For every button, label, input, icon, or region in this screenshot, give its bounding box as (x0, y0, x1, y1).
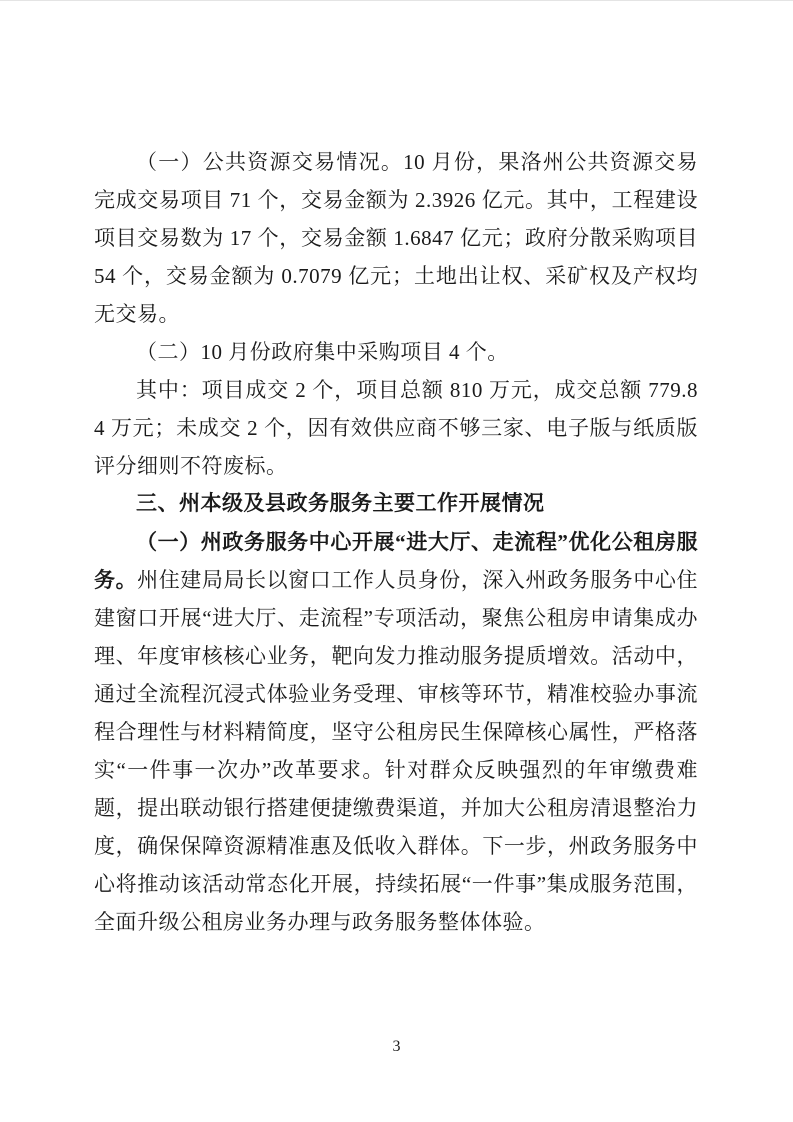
paragraph-service-center: （一）州政务服务中心开展“进大厅、走流程”优化公租房服务。州住建局局长以窗口工作… (94, 523, 698, 941)
paragraph-procurement-detail: 其中：项目成交 2 个，项目总额 810 万元，成交总额 779.84 万元；未… (94, 371, 698, 485)
page-number: 3 (0, 1037, 793, 1057)
paragraph-service-center-body: 州住建局局长以窗口工作人员身份，深入州政务服务中心住建窗口开展“进大厅、走流程”… (94, 568, 698, 934)
section-heading: 三、州本级及县政务服务主要工作开展情况 (94, 485, 698, 523)
paragraph-centralized-procurement: （二）10 月份政府集中采购项目 4 个。 (94, 333, 698, 371)
document-content: （一）公共资源交易情况。10 月份，果洛州公共资源交易完成交易项目 71 个，交… (94, 143, 698, 941)
paragraph-public-resource-trading: （一）公共资源交易情况。10 月份，果洛州公共资源交易完成交易项目 71 个，交… (94, 143, 698, 333)
document-page: （一）公共资源交易情况。10 月份，果洛州公共资源交易完成交易项目 71 个，交… (0, 0, 793, 1122)
